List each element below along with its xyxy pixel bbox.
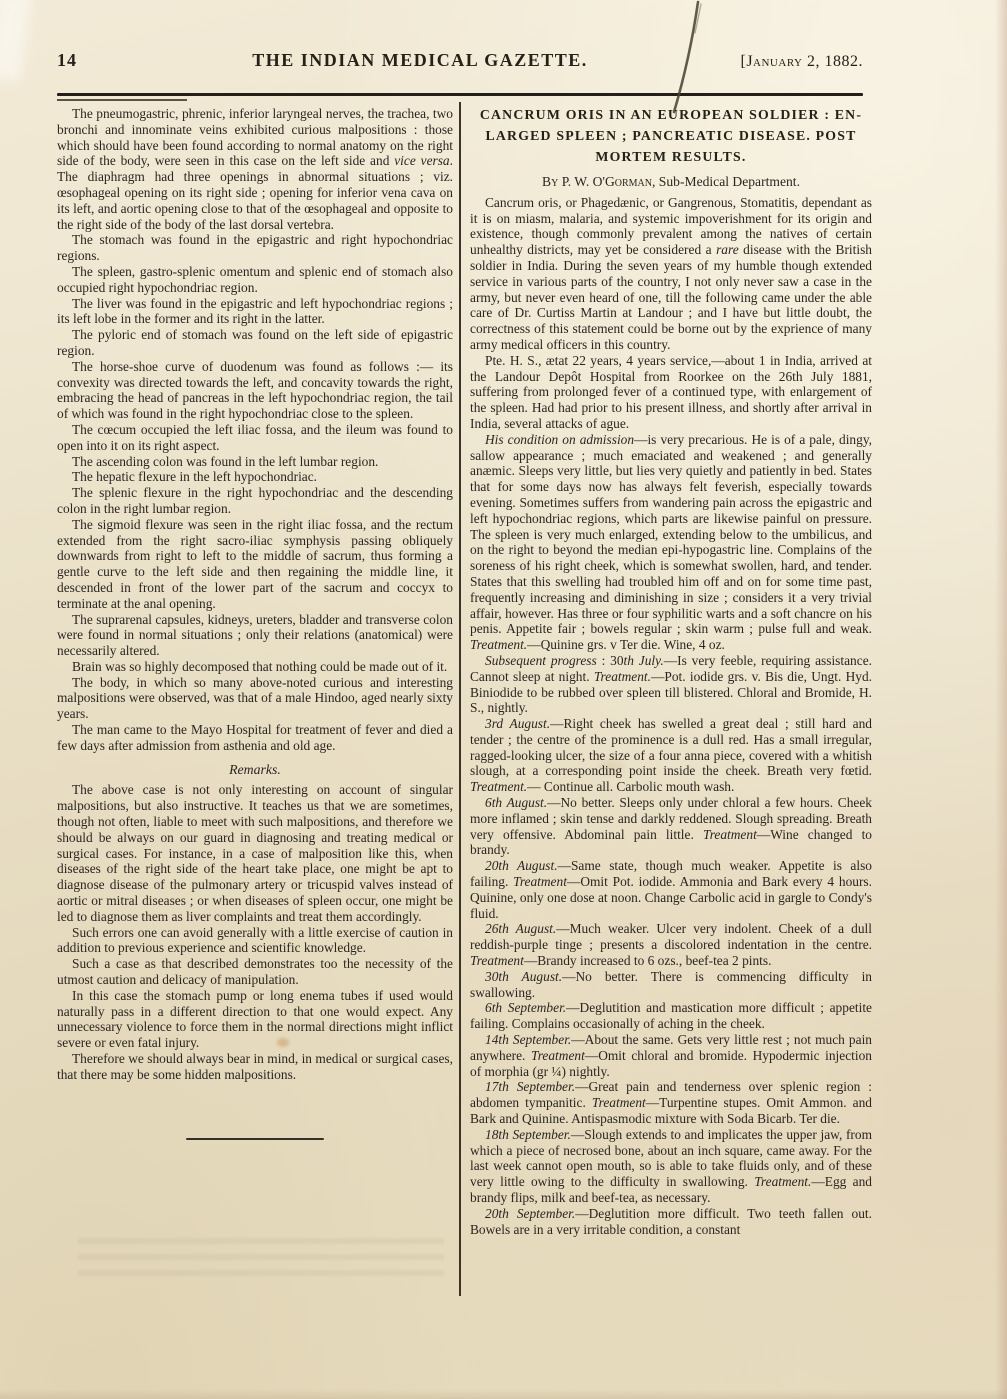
italic-text: 26th August.	[485, 921, 556, 936]
italic-text: 3rd August.	[485, 716, 550, 731]
page-header: 14 THE INDIAN MEDICAL GAZETTE. [January …	[57, 50, 863, 71]
italic-text: Treatment	[470, 953, 524, 968]
article-title: CANCRUM ORIS IN AN EUROPEAN SOLDIER : EN…	[470, 104, 872, 167]
italic-text: His condition on admission	[485, 432, 634, 447]
paragraph: Such errors one can avoid generally with…	[57, 925, 453, 957]
italic-text: Treatment	[703, 827, 757, 842]
text-segment: The man came to the Mayo Hospital for tr…	[57, 722, 453, 753]
paragraph: Such a case as that described demonstrat…	[57, 956, 453, 988]
showthrough-ghost-text	[78, 1238, 444, 1284]
text-segment: The sigmoid flexure was seen in the righ…	[57, 517, 453, 611]
text-segment: The body, in which so many above-noted c…	[57, 675, 453, 722]
text-segment: In this case the stomach pump or long en…	[57, 988, 453, 1050]
article-end-rule	[186, 1138, 324, 1141]
italic-text: Treatment.	[754, 1174, 811, 1189]
paragraph: The liver was found in the epigastric an…	[57, 296, 453, 328]
italic-text: Treatment.	[470, 637, 527, 652]
italic-text: 6th August.	[485, 795, 547, 810]
text-segment: —is very precarious. He is of a pale, di…	[470, 432, 872, 637]
text-segment: The hepatic flexure in the left hypochon…	[72, 469, 317, 484]
remarks-body: The above case is not only interesting o…	[57, 782, 453, 1082]
italic-text: Treatment.	[470, 779, 527, 794]
right-column: CANCRUM ORIS IN AN EUROPEAN SOLDIER : EN…	[470, 104, 872, 1237]
italic-text: th July.	[624, 653, 664, 668]
paragraph: Cancrum oris, or Phagedænic, or Gangreno…	[470, 195, 872, 353]
journal-title: THE INDIAN MEDICAL GAZETTE.	[147, 50, 693, 71]
paragraph: 30th August.—No better. There is commenc…	[470, 969, 872, 1001]
paragraph: In this case the stomach pump or long en…	[57, 988, 453, 1051]
text-segment: Sub-Medical Department.	[659, 174, 800, 189]
paragraph: 14th September.—About the same. Gets ver…	[470, 1032, 872, 1079]
paragraph: The above case is not only interesting o…	[57, 782, 453, 924]
paragraph: 6th August.—No better. Sleeps only under…	[470, 795, 872, 858]
remarks-heading: Remarks.	[57, 762, 453, 778]
paragraph: The pyloric end of stomach was found on …	[57, 327, 453, 359]
text-segment: — Continue all. Carbolic mouth wash.	[527, 779, 734, 794]
text-segment: The spleen, gastro-splenic omentum and s…	[57, 264, 453, 295]
paragraph: The ascending colon was found in the lef…	[57, 454, 453, 470]
italic-text: 17th September.	[485, 1079, 575, 1094]
paragraph: The hepatic flexure in the left hypochon…	[57, 469, 453, 485]
paragraph: The pneumogastric, phrenic, inferior lar…	[57, 106, 453, 232]
italic-text: 18th September.	[485, 1127, 571, 1142]
handwritten-check-mark	[644, 0, 716, 120]
text-segment: Such errors one can avoid generally with…	[57, 925, 453, 956]
italic-text: Treatment	[592, 1095, 646, 1110]
issue-date: [January 2, 1882.	[693, 53, 863, 71]
text-segment: By P. W. O'Gorman,	[542, 174, 659, 189]
italic-text: 20th August.	[485, 858, 558, 873]
right-column-body: Cancrum oris, or Phagedænic, or Gangreno…	[470, 195, 872, 1238]
text-segment: The ascending colon was found in the lef…	[72, 454, 378, 469]
italic-text: rare	[716, 242, 739, 257]
paragraph: Pte. H. S., ætat 22 years, 4 years servi…	[470, 353, 872, 432]
scan-corner-highlight	[0, 0, 32, 82]
italic-text: Treatment	[513, 874, 567, 889]
text-segment: The splenic flexure in the right hypocho…	[57, 485, 453, 516]
paragraph: The man came to the Mayo Hospital for tr…	[57, 722, 453, 754]
text-segment: : 30	[597, 653, 624, 668]
text-segment: The stomach was found in the epigastric …	[57, 232, 453, 263]
text-segment: Such a case as that described demonstrat…	[57, 956, 453, 987]
text-segment: Brain was so highly decomposed that noth…	[72, 659, 447, 674]
italic-text: 14th September.	[485, 1032, 571, 1047]
paragraph: Subsequent progress : 30th July.—Is very…	[470, 653, 872, 716]
italic-text: Treatment	[531, 1048, 585, 1063]
article-title-line: LARGED SPLEEN ; PANCREATIC DISEASE. POST	[470, 125, 872, 146]
italic-text: Subsequent progress	[485, 653, 597, 668]
scan-right-edge-shadow	[995, 0, 1007, 1399]
article-byline: By P. W. O'Gorman, Sub-Medical Departmen…	[470, 174, 872, 190]
text-segment: The pyloric end of stomach was found on …	[57, 327, 453, 358]
paragraph: The cœcum occupied the left iliac fossa,…	[57, 422, 453, 454]
paragraph: 20th August.—Same state, though much wea…	[470, 858, 872, 921]
paragraph: 18th September.—Slough extends to and im…	[470, 1127, 872, 1206]
paragraph: 17th September.—Great pain and tendernes…	[470, 1079, 872, 1126]
text-segment: Pte. H. S., ætat 22 years, 4 years servi…	[470, 353, 872, 431]
text-segment: The liver was found in the epigastric an…	[57, 296, 453, 327]
text-segment: disease with the British soldier in Indi…	[470, 242, 872, 352]
scan-bottom-edge-shadow	[0, 1389, 1007, 1399]
italic-text: vice versa	[394, 153, 449, 168]
paragraph: The suprarenal capsules, kidneys, ureter…	[57, 612, 453, 659]
paragraph: 3rd August.—Right cheek has swelled a gr…	[470, 716, 872, 795]
paragraph: The splenic flexure in the right hypocho…	[57, 485, 453, 517]
italic-text: 30th August.	[485, 969, 562, 984]
paragraph: The sigmoid flexure was seen in the righ…	[57, 517, 453, 612]
header-rule-secondary	[57, 99, 187, 101]
text-segment: —Brandy increased to 6 ozs., beef-tea 2 …	[524, 953, 772, 968]
header-rule	[57, 93, 863, 96]
italic-text: 6th September.	[485, 1000, 566, 1015]
paragraph: The horse-shoe curve of duodenum was fou…	[57, 359, 453, 422]
article-title-line: CANCRUM ORIS IN AN EUROPEAN SOLDIER : EN…	[470, 104, 872, 125]
paragraph: His condition on admission—is very preca…	[470, 432, 872, 653]
text-segment: The above case is not only interesting o…	[57, 782, 453, 923]
paragraph: 26th August.—Much weaker. Ulcer very ind…	[470, 921, 872, 968]
italic-text: 20th September.	[485, 1206, 575, 1221]
left-column: The pneumogastric, phrenic, inferior lar…	[57, 106, 453, 1140]
paragraph: Brain was so highly decomposed that noth…	[57, 659, 453, 675]
column-divider-rule	[459, 102, 461, 1296]
paragraph: The stomach was found in the epigastric …	[57, 232, 453, 264]
paragraph: Therefore we should always bear in mind,…	[57, 1051, 453, 1083]
text-segment: Therefore we should always bear in mind,…	[57, 1051, 453, 1082]
text-segment: The horse-shoe curve of duodenum was fou…	[57, 359, 453, 421]
paragraph: The body, in which so many above-noted c…	[57, 675, 453, 722]
left-column-body: The pneumogastric, phrenic, inferior lar…	[57, 106, 453, 754]
paragraph: 20th September.—Deglutition more difficu…	[470, 1206, 872, 1238]
text-segment: The cœcum occupied the left iliac fossa,…	[57, 422, 453, 453]
page-number: 14	[57, 50, 147, 71]
article-title-line: MORTEM RESULTS.	[470, 146, 872, 167]
text-segment: —Quinine grs. v Ter die. Wine, 4 oz.	[527, 637, 725, 652]
italic-text: Treatment.	[594, 669, 651, 684]
text-segment: The suprarenal capsules, kidneys, ureter…	[57, 612, 453, 659]
paragraph: The spleen, gastro-splenic omentum and s…	[57, 264, 453, 296]
paragraph: 6th September.—Deglutition and masticati…	[470, 1000, 872, 1032]
